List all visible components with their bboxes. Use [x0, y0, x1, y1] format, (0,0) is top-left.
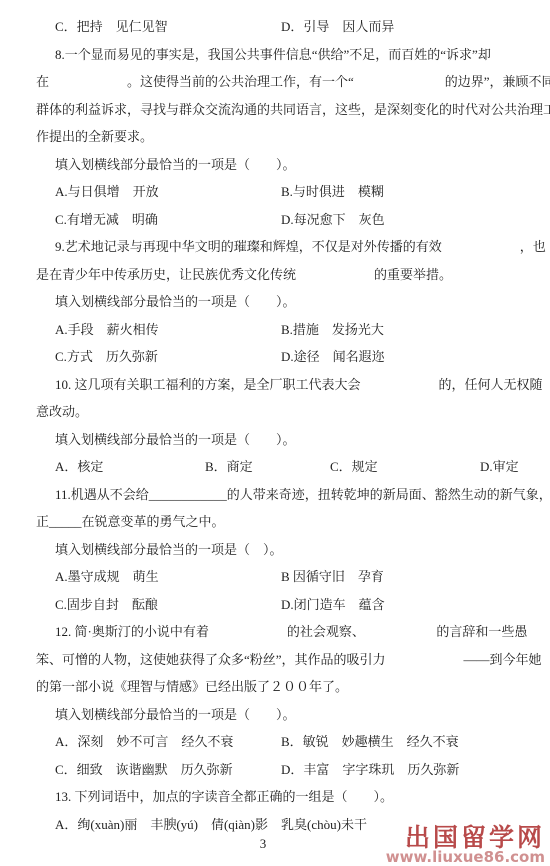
- exam-page: C．把持 见仁见智 D．引导 因人而异 8.一个显而易见的事实是，我国公共事件信…: [0, 0, 550, 866]
- q12-option-b: B．敏锐 妙趣横生 经久不衰: [281, 728, 459, 756]
- q9-text-line-2: 是在青少年中传承历史，让民族优秀文化传统 的重要举措。: [36, 261, 550, 289]
- q7-options-row-cd: C．把持 见仁见智 D．引导 因人而异: [36, 13, 550, 41]
- q8-text-line-4: 作提出的全新要求。: [36, 123, 550, 151]
- q12-option-a: A．深刻 妙不可言 经久不衰: [55, 728, 281, 756]
- q8-text-line-3: 群体的利益诉求，寻找与群众交流沟通的共同语言，这些，是深刻变化的时代对公共治理工: [36, 96, 550, 124]
- q11-options-row-cd: C.固步自封 酝酿 D.闭门造车 蕴含: [36, 591, 550, 619]
- q12-option-c: C．细致 诙谐幽默 历久弥新: [55, 756, 281, 784]
- q8-prompt: 填入划横线部分最恰当的一项是（ ）。: [36, 151, 550, 179]
- q9-options-row-ab: A.手段 薪火相传 B.措施 发扬光大: [36, 316, 550, 344]
- q11-option-c: C.固步自封 酝酿: [55, 591, 281, 619]
- q13-stem: 13. 下列词语中，加点的字读音全都正确的一组是（ ）。: [36, 783, 550, 811]
- q12-text-line-3: 的第一部小说《理智与情感》已经出版了２００年了。: [36, 673, 550, 701]
- q9-option-d: D.途径 闻名遐迩: [281, 343, 385, 371]
- q11-option-b: B 因循守旧 孕育: [281, 563, 384, 591]
- watermark: 出国留学网 www.liuxue86.com: [386, 826, 545, 865]
- q12-text-line-2: 笨、可憎的人物，这使她获得了众多“粉丝”，其作品的吸引力 ——到今年她: [36, 646, 550, 674]
- q8-text-line-1: 8.一个显而易见的事实是，我国公共事件信息“供给”不足，而百姓的“诉求”却: [36, 41, 550, 69]
- q10-text-line-2: 意改动。: [36, 398, 550, 426]
- q9-text-line-1: 9.艺术地记录与再现中华文明的璀璨和辉煌，不仅是对外传播的有效 ，也: [36, 233, 550, 261]
- q10-options-row: A．核定 B．商定 C．规定 D.审定: [36, 453, 550, 481]
- q11-text-line-1: 11.机遇从不会给____________的人带来奇迹，扭转乾坤的新局面、豁然生…: [36, 481, 550, 509]
- q7-option-c: C．把持 见仁见智: [55, 13, 281, 41]
- q7-option-d: D．引导 因人而异: [281, 13, 394, 41]
- q11-option-d: D.闭门造车 蕴含: [281, 591, 385, 619]
- q12-options-row-ab: A．深刻 妙不可言 经久不衰 B．敏锐 妙趣横生 经久不衰: [36, 728, 550, 756]
- watermark-site-name: 出国留学网: [386, 826, 545, 850]
- q12-options-row-cd: C．细致 诙谐幽默 历久弥新 D．丰富 字字珠玑 历久弥新: [36, 756, 550, 784]
- q11-text-line-2: 正_____在锐意变革的勇气之中。: [36, 508, 550, 536]
- watermark-site-url: www.liuxue86.com: [386, 850, 545, 865]
- q11-prompt: 填入划横线部分最恰当的一项是（ ）。: [36, 536, 550, 564]
- q11-options-row-ab: A.墨守成规 萌生 B 因循守旧 孕育: [36, 563, 550, 591]
- q9-option-a: A.手段 薪火相传: [55, 316, 281, 344]
- q9-option-b: B.措施 发扬光大: [281, 316, 384, 344]
- q10-text-line-1: 10. 这几项有关职工福利的方案，是全厂职工代表大会 的，任何人无权随: [36, 371, 550, 399]
- q8-option-a: A.与日俱增 开放: [55, 178, 281, 206]
- q9-prompt: 填入划横线部分最恰当的一项是（ ）。: [36, 288, 550, 316]
- q11-option-a: A.墨守成规 萌生: [55, 563, 281, 591]
- q8-text-line-2: 在 。这使得当前的公共治理工作，有一个“ 的边界”，兼顾不同: [36, 68, 550, 96]
- q9-options-row-cd: C.方式 历久弥新 D.途径 闻名遐迩: [36, 343, 550, 371]
- q10-option-d: D.审定: [480, 453, 519, 481]
- q12-option-d: D．丰富 字字珠玑 历久弥新: [281, 756, 459, 784]
- q10-option-c: C．规定: [330, 453, 480, 481]
- q8-option-b: B.与时俱进 模糊: [281, 178, 384, 206]
- q8-options-row-cd: C.有增无减 明确 D.每况愈下 灰色: [36, 206, 550, 234]
- q12-prompt: 填入划横线部分最恰当的一项是（ ）。: [36, 701, 550, 729]
- q10-option-b: B．商定: [205, 453, 330, 481]
- q8-option-c: C.有增无减 明确: [55, 206, 281, 234]
- q12-text-line-1: 12. 简·奥斯汀的小说中有着 的社会观察、 的言辞和一些愚: [36, 618, 550, 646]
- q9-option-c: C.方式 历久弥新: [55, 343, 281, 371]
- q10-option-a: A．核定: [55, 453, 205, 481]
- q8-options-row-ab: A.与日俱增 开放 B.与时俱进 模糊: [36, 178, 550, 206]
- q10-prompt: 填入划横线部分最恰当的一项是（ ）。: [36, 426, 550, 454]
- q8-option-d: D.每况愈下 灰色: [281, 206, 385, 234]
